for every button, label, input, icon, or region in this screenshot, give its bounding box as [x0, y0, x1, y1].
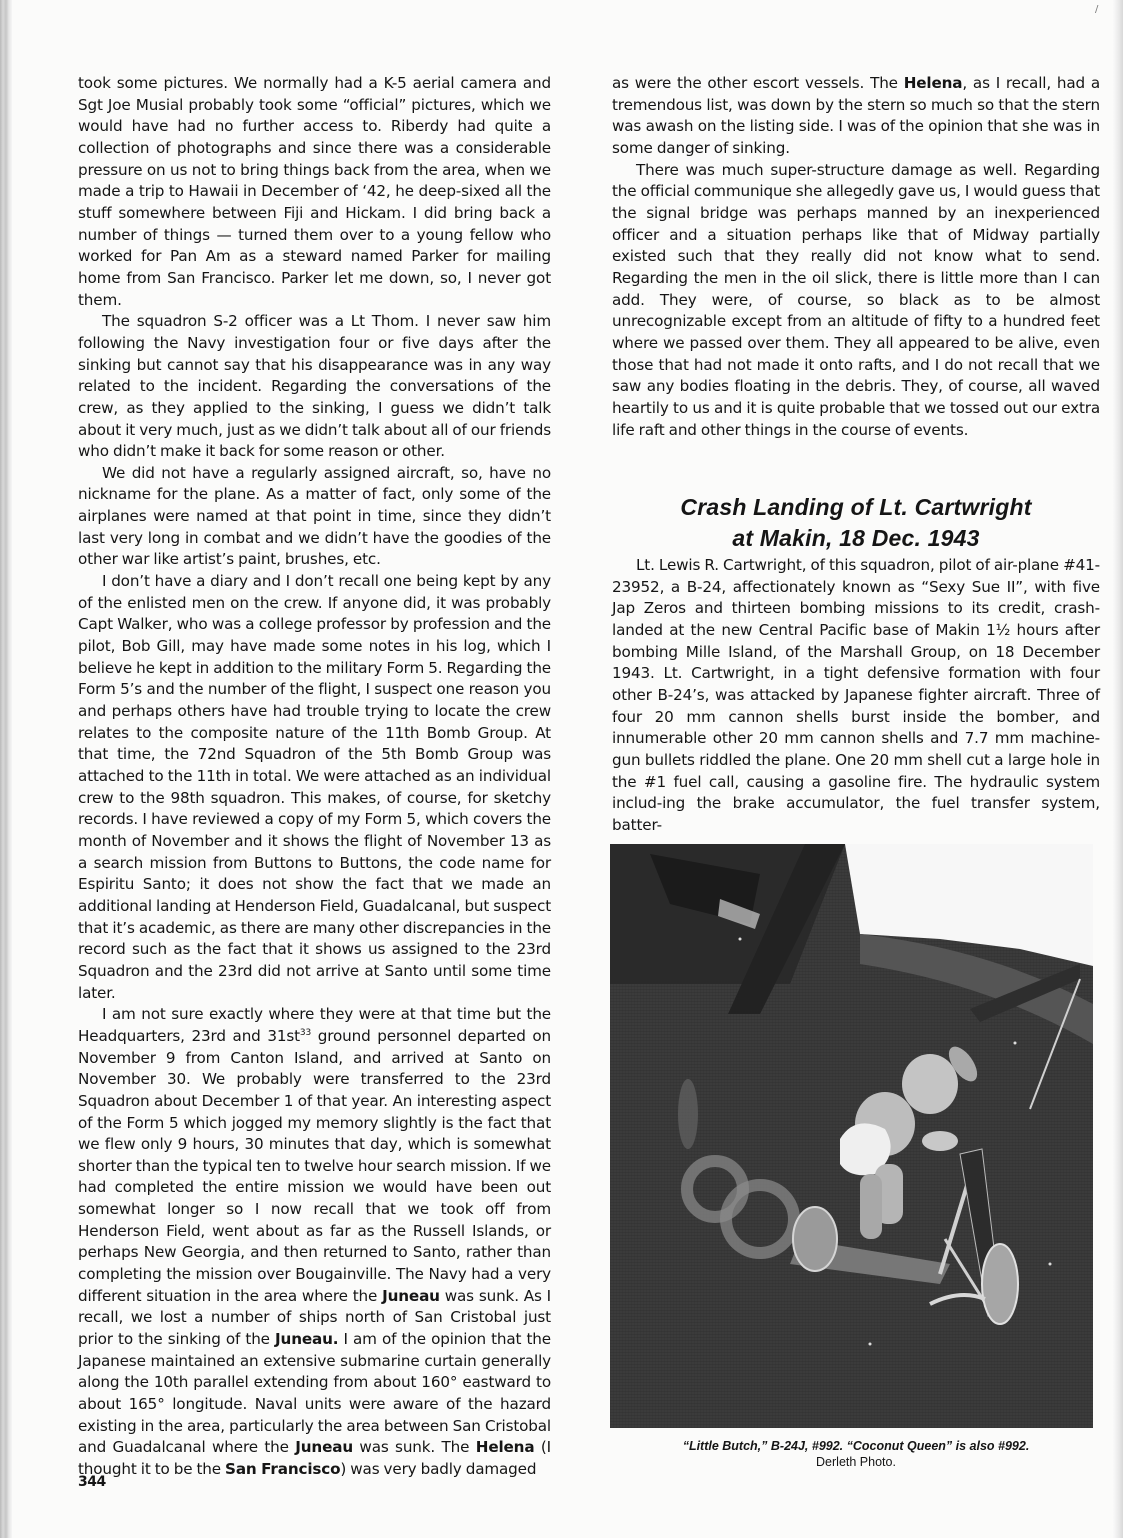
page-right-edge — [1113, 0, 1123, 1538]
paragraph: I don’t have a diary and I don’t recall … — [78, 571, 551, 1004]
paragraph: I am not sure exactly where they were at… — [78, 1004, 551, 1480]
paragraph: Lt. Lewis R. Cartwright, of this squadro… — [612, 555, 1100, 837]
paragraph-text: was sunk. The — [353, 1438, 476, 1456]
ship-name: Helena — [904, 74, 963, 92]
photo-caption: “Little Butch,” B-24J, #992. “Coconut Qu… — [612, 1438, 1100, 1470]
paragraph-text: ground personnel departed on November 9 … — [78, 1027, 551, 1305]
paragraph: There was much super-structure damage as… — [612, 160, 1100, 442]
section-body: Lt. Lewis R. Cartwright, of this squadro… — [612, 555, 1100, 837]
ship-name: San Francisco — [225, 1460, 340, 1478]
nose-art-photo — [610, 844, 1093, 1428]
corner-mark: / — [1095, 4, 1098, 15]
paragraph-text: We did not have a regularly assigned air… — [78, 464, 551, 569]
paragraph: as were the other escort vessels. The He… — [612, 73, 1100, 160]
ship-name: Juneau — [295, 1438, 353, 1456]
paragraph: The squadron S-2 officer was a Lt Thom. … — [78, 311, 551, 463]
ship-name: Helena — [476, 1438, 535, 1456]
paragraph-text: ) was very badly damaged — [340, 1460, 536, 1478]
section-heading-line-2: at Makin, 18 Dec. 1943 — [612, 523, 1100, 554]
section-heading-line-1: Crash Landing of Lt. Cartwright — [612, 492, 1100, 523]
paragraph-text: took some pictures. We normally had a K-… — [78, 74, 551, 309]
paragraph-text: I don’t have a diary and I don’t recall … — [78, 572, 551, 1001]
paragraph-text: The squadron S-2 officer was a Lt Thom. … — [78, 312, 551, 460]
paragraph: took some pictures. We normally had a K-… — [78, 73, 551, 311]
paragraph-text: Lt. Lewis R. Cartwright, of this squadro… — [612, 556, 1100, 834]
footnote-ref: 33 — [300, 1028, 311, 1038]
photo-credit: Derleth Photo. — [612, 1454, 1100, 1470]
paragraph-text: There was much super-structure damage as… — [612, 161, 1100, 439]
paragraph: We did not have a regularly assigned air… — [78, 463, 551, 571]
right-column: as were the other escort vessels. The He… — [612, 73, 1100, 441]
ship-name: Juneau — [382, 1287, 440, 1305]
page-binding-edge — [0, 0, 12, 1538]
left-column: took some pictures. We normally had a K-… — [78, 73, 551, 1481]
page-number: 344 — [78, 1474, 106, 1490]
caption-text: “Little Butch,” B-24J, #992. “Coconut Qu… — [612, 1438, 1100, 1454]
ship-name: Juneau. — [275, 1330, 338, 1348]
nose-art-illustration — [610, 844, 1093, 1428]
section-heading: Crash Landing of Lt. Cartwright at Makin… — [612, 492, 1100, 554]
paragraph-text: as were the other escort vessels. The — [612, 74, 904, 92]
